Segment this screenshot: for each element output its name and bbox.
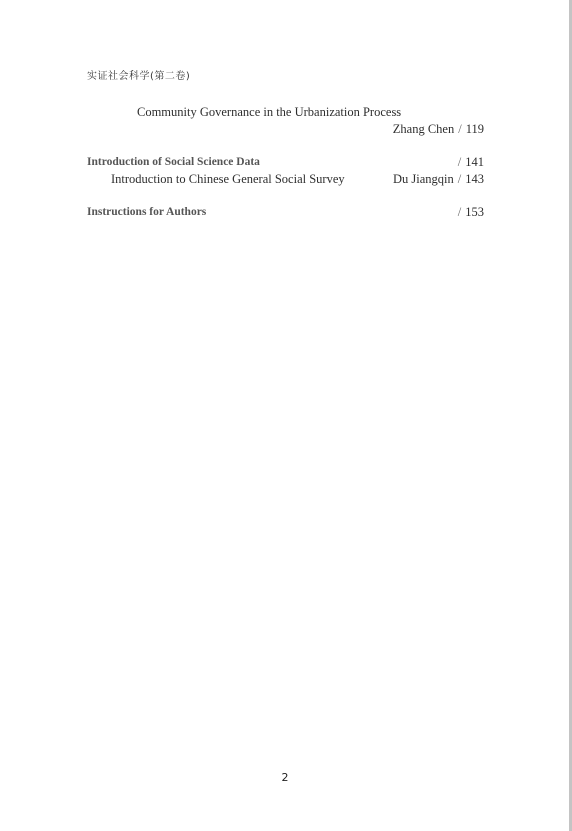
- toc-entry-meta: Zhang Chen/119: [393, 122, 484, 137]
- toc-section-title[interactable]: Introduction of Social Science Data: [87, 156, 260, 168]
- toc-entry-page: 143: [465, 172, 484, 186]
- toc-section-title[interactable]: Instructions for Authors: [87, 206, 206, 218]
- toc-section-page: 153: [465, 205, 484, 219]
- toc-separator: /: [458, 205, 461, 219]
- toc-separator: /: [458, 172, 461, 186]
- toc-entry-author: Du Jiangqin: [393, 172, 454, 186]
- page-number: 2: [0, 771, 570, 784]
- toc-entry-meta: Du Jiangqin/143: [393, 172, 484, 187]
- toc-section-page: 141: [465, 155, 484, 169]
- toc-separator: /: [458, 155, 461, 169]
- toc-section-meta: /141: [454, 155, 484, 170]
- toc-entry-title[interactable]: Introduction to Chinese General Social S…: [111, 172, 345, 187]
- toc-section-meta: /153: [454, 205, 484, 220]
- document-page: 实证社会科学(第二卷) Community Governance in the …: [0, 0, 570, 831]
- running-header: 实证社会科学(第二卷): [87, 67, 190, 82]
- toc-separator: /: [458, 122, 461, 136]
- toc-entry-page: 119: [466, 122, 484, 136]
- toc-entry-author: Zhang Chen: [393, 122, 454, 136]
- toc-entry-title[interactable]: Community Governance in the Urbanization…: [137, 105, 401, 120]
